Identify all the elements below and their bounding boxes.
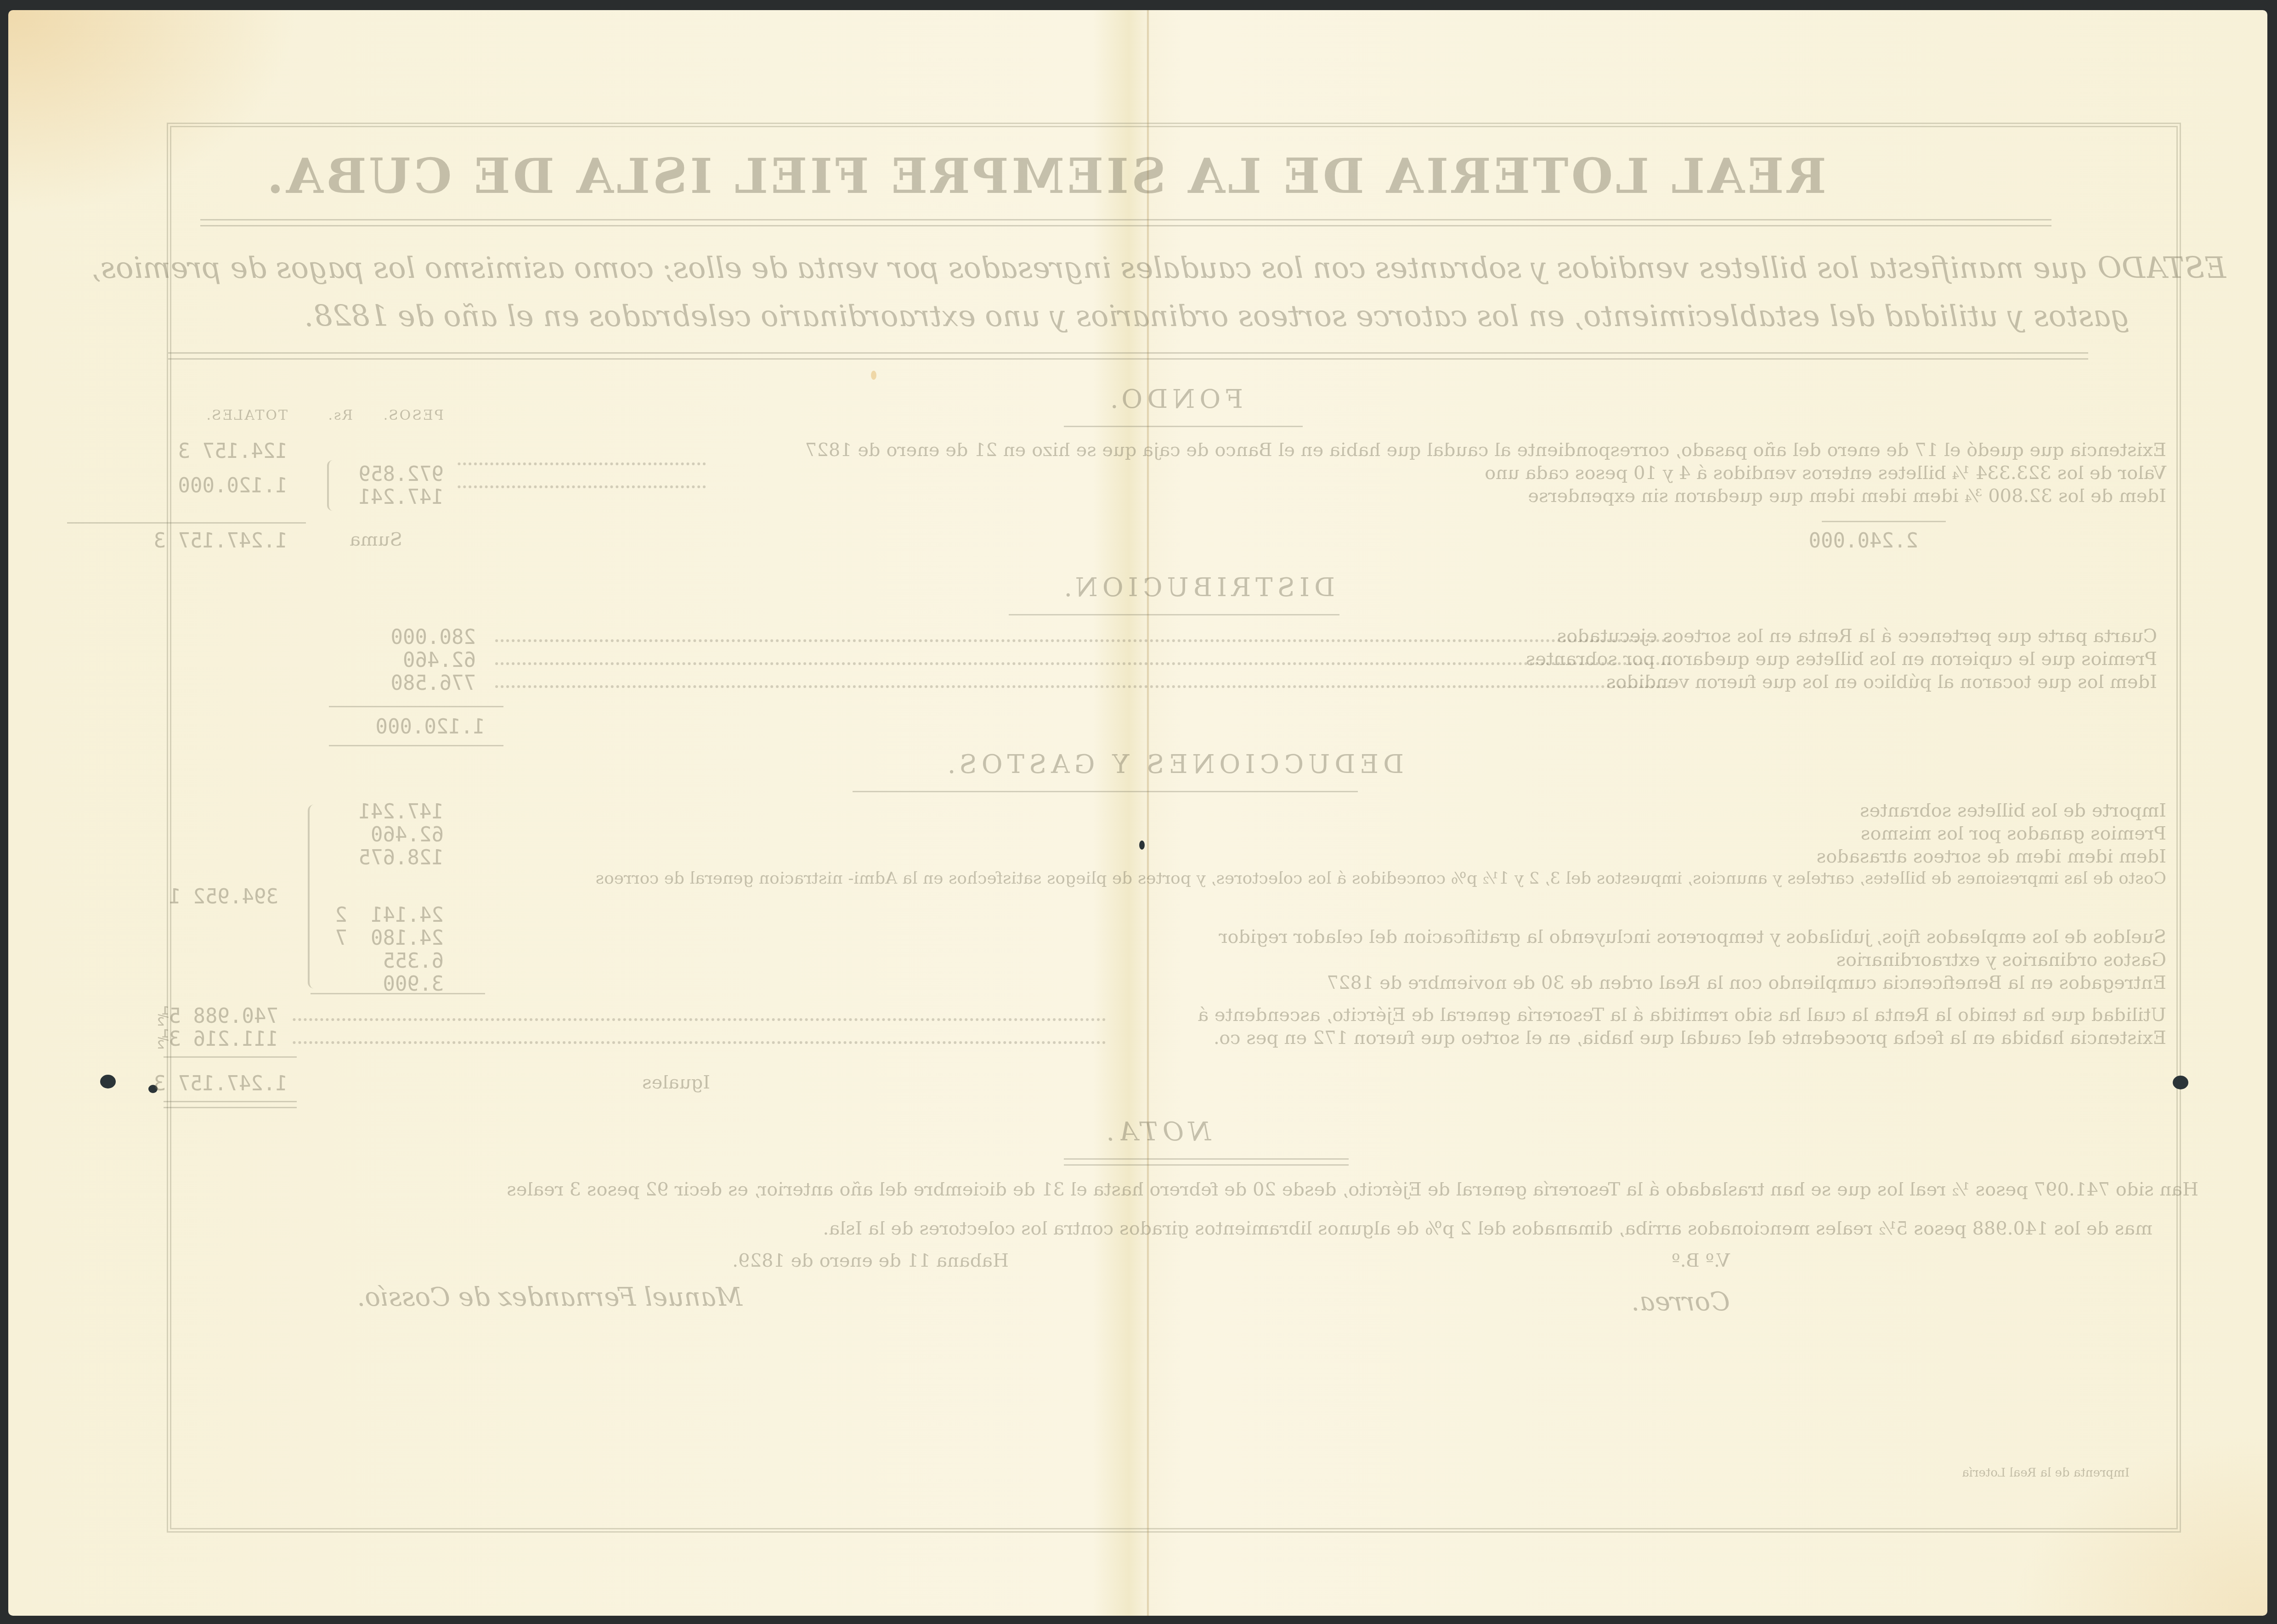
fondo-row-3-pesos: 147.241 — [359, 485, 444, 509]
leader-dots — [458, 462, 706, 465]
deducciones-bottom-rule — [311, 993, 485, 994]
deduccion-row-5-pesos: 24.180 — [371, 926, 444, 950]
deducciones-brace — [308, 805, 320, 988]
leader-dots — [292, 1041, 1105, 1044]
distribucion-row-2-pesos: 62.460 — [403, 648, 476, 672]
printer-imprint: Imprenta de la Real Lotería — [1962, 1466, 2130, 1480]
nota-line-1: Han sido 741.097 pesos ½ real los que se… — [507, 1179, 2198, 1200]
iguales-rule — [164, 1056, 297, 1058]
sum-rule — [67, 522, 306, 524]
col-rs: Rs. — [327, 407, 353, 423]
deducciones-total: 394.952 1 — [169, 885, 278, 908]
deduccion-row-4-pesos: 24.141 — [371, 903, 444, 927]
deduccion-row-5: Sueldos de los empleados fijos, jubilado… — [1219, 926, 2166, 947]
deduccion-row-7: Entregados en la Beneficencia cumpliendo… — [1327, 972, 2166, 993]
nota-line-2: mas de los 140.988 pesos 5½ reales menci… — [823, 1218, 2153, 1239]
fondo-subtotal: 1.120.000 — [178, 474, 288, 497]
utilidad-row-1-total: 740.988 5½ — [157, 1004, 278, 1028]
place-date: Habana 11 de enero de 1829. — [732, 1250, 1009, 1271]
fondo-rule — [1064, 426, 1303, 427]
signature-left: Manuel Fernandez de Cossío. — [357, 1282, 743, 1312]
deduccion-row-1-pesos: 147.241 — [359, 800, 444, 823]
utilidad-row-2: Existencia habida en la fecha procedente… — [1214, 1027, 2166, 1049]
fondo-row-3: Idem de los 32.800 ¾ idem idem idem que … — [1528, 485, 2166, 507]
deduccion-row-1: Importe de los billetes sobrantes — [1860, 800, 2166, 821]
distribucion-rule — [1009, 614, 1339, 615]
bleed-through-text: REAL LOTERIA DE LA SIEMPRE FIEL ISLA DE … — [8, 10, 2267, 1616]
col-totales: TOTALES. — [205, 407, 288, 423]
fondo-row-1-total: 124.157 3 — [178, 440, 288, 463]
iguales-double-rule — [164, 1101, 297, 1108]
section-distribucion: DISTRIBUCION. — [1060, 573, 1335, 603]
distribucion-total-rule — [329, 706, 503, 707]
section-nota: NOTA. — [1102, 1117, 1211, 1147]
deduccion-row-5-rs: 7 — [335, 926, 348, 950]
subtotal-rule — [1822, 521, 1946, 522]
document-title: REAL LOTERIA DE LA SIEMPRE FIEL ISLA DE … — [264, 148, 1826, 204]
signature-right: Correa. — [1632, 1287, 1730, 1317]
distribucion-row-2: Premios que le cupieron en los billetes … — [1526, 648, 2157, 670]
distribucion-row-3-pesos: 776.580 — [391, 671, 476, 695]
deduccion-row-7-pesos: 3.900 — [383, 972, 444, 996]
document-page: REAL LOTERIA DE LA SIEMPRE FIEL ISLA DE … — [8, 10, 2267, 1616]
subtitle-line-2: gastos y utilidad del establecimiento, e… — [304, 299, 2130, 333]
fondo-row-2: Valor de los 323.334 ¼ billetes enteros … — [1485, 462, 2166, 484]
distribucion-total: 1.120.000 — [376, 715, 485, 739]
fondo-right-subtotal: 2.240.000 — [1809, 529, 1918, 553]
subtitle-rule — [168, 352, 2088, 360]
fondo-suma-total: 1.247.157 3 — [154, 529, 288, 553]
deduccion-row-4: Costo de las impresiones de billetes, ca… — [596, 869, 2166, 888]
col-pesos: PESOS. — [382, 407, 444, 423]
leader-dots — [494, 685, 1670, 688]
deduccion-row-2-pesos: 62.460 — [371, 823, 444, 846]
leader-dots — [494, 662, 1670, 665]
leader-dots — [494, 639, 1670, 642]
fondo-suma-label: Suma — [350, 529, 402, 550]
deduccion-row-3-pesos: 128.675 — [359, 846, 444, 869]
section-fondo: FONDO. — [1106, 384, 1243, 414]
distribucion-total-rule-2 — [329, 745, 503, 746]
distribucion-row-1-pesos: 280.000 — [391, 626, 476, 649]
subtitle-line-1: ESTADO que manifiesta los billetes vendi… — [91, 251, 2226, 285]
deduccion-row-6: Gastos ordinarios y extraordinarios — [1836, 949, 2167, 970]
deduccion-row-6-pesos: 6.355 — [383, 949, 444, 973]
leader-dots — [458, 485, 706, 488]
fondo-brace — [327, 460, 338, 511]
title-rule — [200, 219, 2051, 226]
fondo-row-2-pesos: 972.859 — [359, 462, 444, 486]
distribucion-row-1: Cuarta parte que pertenece á la Renta en… — [1557, 626, 2157, 647]
utilidad-row-1: Utilidad que ha tenido la Renta la cual … — [1198, 1004, 2166, 1026]
deduccion-row-3: Idem idem idem de sorteos atrasados — [1817, 846, 2166, 867]
fondo-row-1: Existencia que quedó el 17 de enero del … — [805, 440, 2166, 461]
leader-dots — [292, 1018, 1105, 1021]
distribucion-row-3: Idem los que tocaron al público en los q… — [1606, 671, 2157, 693]
deduccion-row-2: Premios ganados por los mismos — [1861, 823, 2166, 844]
iguales-label: Iguales — [642, 1072, 710, 1093]
nota-rule — [1064, 1158, 1349, 1166]
deduccion-row-4-rs: 2 — [335, 903, 348, 927]
deducciones-rule — [853, 791, 1358, 792]
iguales-total: 1.247.157 3 — [154, 1072, 288, 1095]
utilidad-row-2-total: 111.216 3½ — [157, 1027, 278, 1051]
approval-mark: V.º B.º — [1672, 1250, 1730, 1271]
section-deducciones: DEDUCCIONES Y GASTOS. — [943, 750, 1404, 779]
